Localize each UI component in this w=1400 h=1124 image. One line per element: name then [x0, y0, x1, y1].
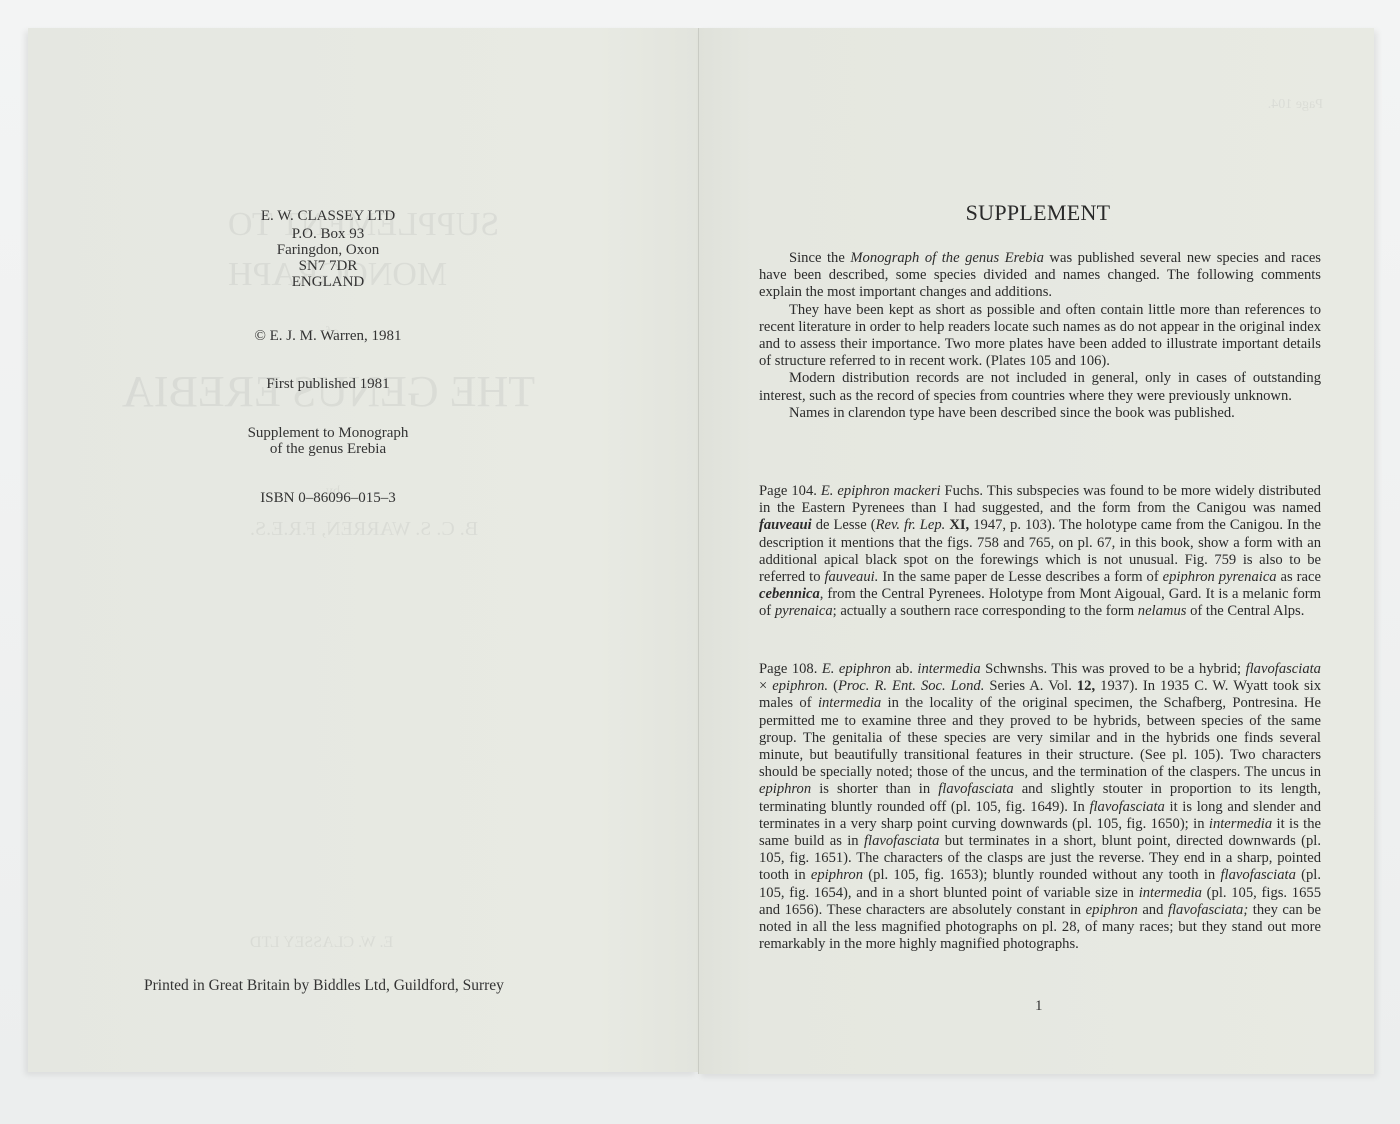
show-through-line: B. C. S. WARREN, F.R.E.S. [250, 518, 478, 541]
page-number: 1 [1035, 998, 1043, 1015]
left-page-imprint: SUPPLEMENT TO MONOGRAPH of THE GENUS ERE… [28, 28, 698, 1072]
intro-paragraph: Modern distribution records are not incl… [759, 370, 1321, 404]
printer-credit: Printed in Great Britain by Biddles Ltd,… [144, 977, 504, 995]
right-page-supplement: Page 104. SUPPLEMENT Since the Monograph… [698, 28, 1374, 1074]
show-through-line: E. W. CLASSEY LTD [250, 934, 393, 952]
copyright-notice: © E. J. M. Warren, 1981 [28, 328, 628, 344]
entry-paragraph: Page 108. E. epiphron ab. intermedia Sch… [759, 661, 1321, 953]
publisher-name: E. W. CLASSEY LTD [28, 208, 628, 224]
address-line: SN7 7DR [28, 258, 628, 274]
first-published: First published 1981 [28, 376, 628, 392]
address-line: Faringdon, Oxon [28, 242, 628, 258]
entry-paragraph: Page 104. E. epiphron mackeri Fuchs. Thi… [759, 483, 1321, 621]
show-through-paragraph: Page 104. [757, 96, 1323, 113]
intro-paragraph: Since the Monograph of the genus Erebia … [759, 250, 1321, 302]
book-title-line: of the genus Erebia [28, 441, 628, 457]
intro-section: Since the Monograph of the genus Erebia … [759, 250, 1321, 422]
section-heading: SUPPLEMENT [698, 200, 1374, 226]
address-line: ENGLAND [28, 274, 628, 290]
book-title-block: Supplement to Monograph of the genus Ere… [28, 425, 628, 457]
publisher-block: E. W. CLASSEY LTD P.O. Box 93 Faringdon,… [28, 208, 628, 290]
address-line: P.O. Box 93 [28, 226, 628, 242]
intro-paragraph: Names in clarendon type have been descri… [759, 405, 1321, 422]
book-title-line: Supplement to Monograph [28, 425, 628, 441]
entry-page-108: Page 108. E. epiphron ab. intermedia Sch… [759, 661, 1321, 953]
entry-page-104: Page 104. E. epiphron mackeri Fuchs. Thi… [759, 483, 1321, 621]
intro-paragraph: They have been kept as short as possible… [759, 302, 1321, 371]
isbn: ISBN 0–86096–015–3 [28, 490, 628, 506]
